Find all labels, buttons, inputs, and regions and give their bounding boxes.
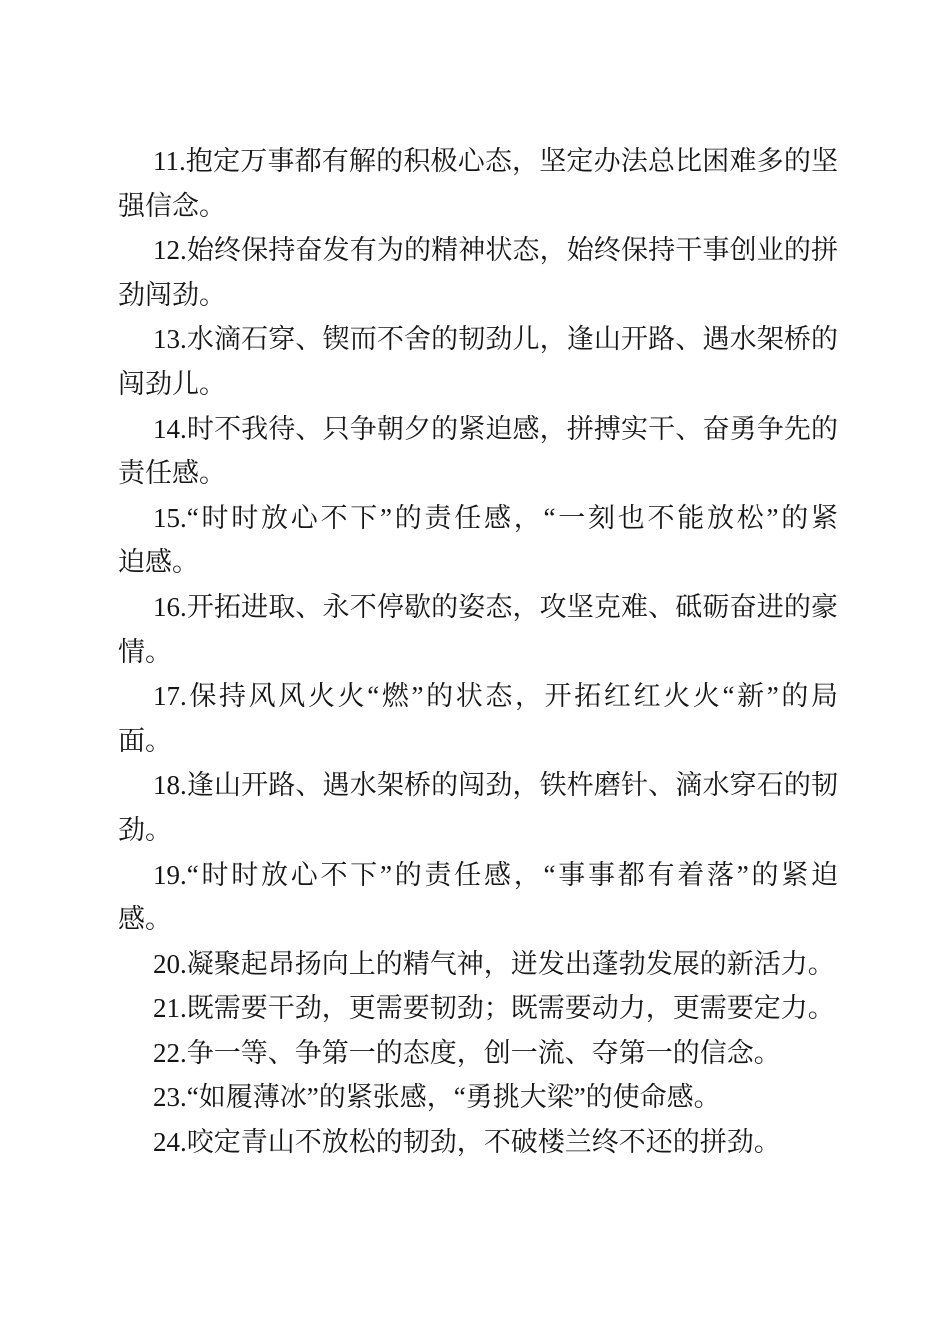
item-number: 17. [153, 681, 187, 711]
item-text: 水滴石穿、锲而不舍的韧劲儿，逢山开路、遇水架桥的 [187, 324, 838, 354]
document-page: 11.抱定万事都有解的积极心态，坚定办法总比困难多的坚 强信念。 12.始终保持… [0, 0, 950, 1344]
item-first-line: 22.争一等、争第一的态度，创一流、夺第一的信念。 [118, 1031, 838, 1076]
list-item: 16.开拓进取、永不停歇的姿态，攻坚克难、砥砺奋进的豪 情。 [118, 585, 838, 674]
item-first-line: 15.“时时放心不下”的责任感，“一刻也不能放松”的紧 [118, 496, 838, 541]
items-list: 11.抱定万事都有解的积极心态，坚定办法总比困难多的坚 强信念。 12.始终保持… [118, 139, 838, 1165]
item-number: 11. [153, 146, 186, 176]
item-wrapped-line: 劲。 [118, 808, 838, 853]
list-item: 23.“如履薄冰”的紧张感，“勇挑大梁”的使命感。 [118, 1075, 838, 1120]
item-wrapped-line: 面。 [118, 719, 838, 764]
list-item: 15.“时时放心不下”的责任感，“一刻也不能放松”的紧 迫感。 [118, 496, 838, 585]
item-number: 21. [153, 993, 187, 1023]
item-wrapped-line: 情。 [118, 630, 838, 675]
item-wrapped-line: 劲闯劲。 [118, 273, 838, 318]
item-wrapped-line: 闯劲儿。 [118, 362, 838, 407]
item-first-line: 19.“时时放心不下”的责任感，“事事都有着落”的紧迫 [118, 853, 838, 898]
item-first-line: 23.“如履薄冰”的紧张感，“勇挑大梁”的使命感。 [118, 1075, 838, 1120]
item-first-line: 21.既需要干劲，更需要韧劲；既需要动力，更需要定力。 [118, 986, 838, 1031]
item-text: 始终保持奋发有为的精神状态，始终保持干事创业的拼 [187, 235, 838, 265]
item-number: 16. [153, 592, 187, 622]
item-first-line: 18.逢山开路、遇水架桥的闯劲，铁杵磨针、滴水穿石的韧 [118, 763, 838, 808]
item-first-line: 20.凝聚起昂扬向上的精气神，迸发出蓬勃发展的新活力。 [118, 942, 838, 987]
list-item: 18.逢山开路、遇水架桥的闯劲，铁杵磨针、滴水穿石的韧 劲。 [118, 763, 838, 852]
item-text: 咬定青山不放松的韧劲，不破楼兰终不还的拼劲。 [187, 1127, 781, 1157]
list-item: 24.咬定青山不放松的韧劲，不破楼兰终不还的拼劲。 [118, 1120, 838, 1165]
item-first-line: 16.开拓进取、永不停歇的姿态，攻坚克难、砥砺奋进的豪 [118, 585, 838, 630]
list-item: 14.时不我待、只争朝夕的紧迫感，拼搏实干、奋勇争先的 责任感。 [118, 407, 838, 496]
item-number: 20. [153, 949, 187, 979]
item-wrapped-line: 感。 [118, 897, 838, 942]
item-number: 15. [153, 503, 187, 533]
list-item: 19.“时时放心不下”的责任感，“事事都有着落”的紧迫 感。 [118, 853, 838, 942]
list-item: 17.保持风风火火“燃”的状态，开拓红红火火“新”的局 面。 [118, 674, 838, 763]
item-text: “时时放心不下”的责任感，“事事都有着落”的紧迫 [187, 860, 838, 890]
list-item: 13.水滴石穿、锲而不舍的韧劲儿，逢山开路、遇水架桥的 闯劲儿。 [118, 317, 838, 406]
item-number: 24. [153, 1127, 187, 1157]
item-first-line: 14.时不我待、只争朝夕的紧迫感，拼搏实干、奋勇争先的 [118, 407, 838, 452]
item-wrapped-line: 强信念。 [118, 184, 838, 229]
item-text: 逢山开路、遇水架桥的闯劲，铁杵磨针、滴水穿石的韧 [187, 770, 838, 800]
item-number: 23. [153, 1082, 187, 1112]
item-number: 18. [153, 770, 187, 800]
list-item: 21.既需要干劲，更需要韧劲；既需要动力，更需要定力。 [118, 986, 838, 1031]
item-text: 争一等、争第一的态度，创一流、夺第一的信念。 [187, 1038, 781, 1068]
item-text: “时时放心不下”的责任感，“一刻也不能放松”的紧 [187, 503, 838, 533]
item-text: 开拓进取、永不停歇的姿态，攻坚克难、砥砺奋进的豪 [187, 592, 838, 622]
list-item: 11.抱定万事都有解的积极心态，坚定办法总比困难多的坚 强信念。 [118, 139, 838, 228]
item-wrapped-line: 责任感。 [118, 451, 838, 496]
item-number: 22. [153, 1038, 187, 1068]
item-first-line: 12.始终保持奋发有为的精神状态，始终保持干事创业的拼 [118, 228, 838, 273]
item-text: 凝聚起昂扬向上的精气神，迸发出蓬勃发展的新活力。 [187, 949, 835, 979]
item-text: 保持风风火火“燃”的状态，开拓红红火火“新”的局 [187, 681, 838, 711]
item-number: 13. [153, 324, 187, 354]
item-text: 抱定万事都有解的积极心态，坚定办法总比困难多的坚 [186, 146, 838, 176]
item-first-line: 17.保持风风火火“燃”的状态，开拓红红火火“新”的局 [118, 674, 838, 719]
item-number: 12. [153, 235, 187, 265]
item-text: “如履薄冰”的紧张感，“勇挑大梁”的使命感。 [187, 1082, 721, 1112]
item-first-line: 11.抱定万事都有解的积极心态，坚定办法总比困难多的坚 [118, 139, 838, 184]
item-text: 时不我待、只争朝夕的紧迫感，拼搏实干、奋勇争先的 [187, 414, 838, 444]
item-number: 19. [153, 860, 187, 890]
list-item: 22.争一等、争第一的态度，创一流、夺第一的信念。 [118, 1031, 838, 1076]
list-item: 20.凝聚起昂扬向上的精气神，迸发出蓬勃发展的新活力。 [118, 942, 838, 987]
item-text: 既需要干劲，更需要韧劲；既需要动力，更需要定力。 [187, 993, 835, 1023]
item-wrapped-line: 迫感。 [118, 540, 838, 585]
list-item: 12.始终保持奋发有为的精神状态，始终保持干事创业的拼 劲闯劲。 [118, 228, 838, 317]
item-number: 14. [153, 414, 187, 444]
item-first-line: 13.水滴石穿、锲而不舍的韧劲儿，逢山开路、遇水架桥的 [118, 317, 838, 362]
item-first-line: 24.咬定青山不放松的韧劲，不破楼兰终不还的拼劲。 [118, 1120, 838, 1165]
